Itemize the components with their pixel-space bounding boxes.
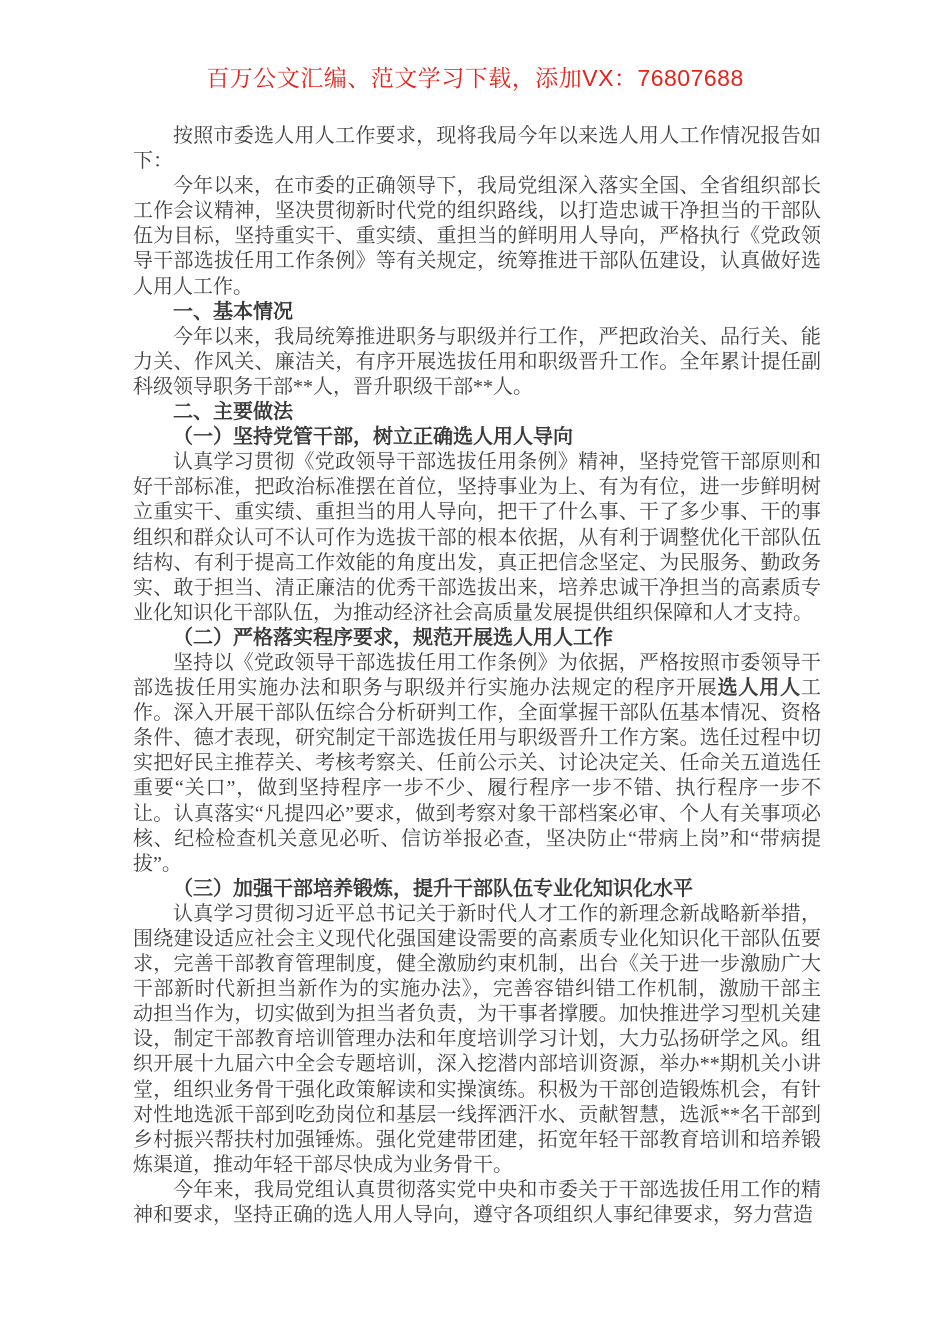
watermark-notice: 百万公文汇编、范文学习下载，添加VX：76807688	[0, 63, 950, 93]
bold-text-run: 选人用人	[718, 677, 802, 699]
text-run: 今年以来，在市委的正确领导下，我局党组深入落实全国、全省组织部长工作会议精神，坚…	[133, 175, 821, 297]
text-run: 二、主要做法	[173, 401, 293, 423]
paragraph: 今年来，我局党组认真贯彻落实党中央和市委关于干部选拔任用工作的精神和要求，坚持正…	[133, 1178, 821, 1228]
paragraph: 按照市委选人用人工作要求，现将我局今年以来选人用人工作情况报告如下：	[133, 124, 821, 174]
section-heading: （三）加强干部培养锻炼，提升干部队伍专业化知识化水平	[133, 877, 821, 902]
paragraph: 今年以来，我局统筹推进职务与职级并行工作，严把政治关、品行关、能力关、作风关、廉…	[133, 325, 821, 400]
paragraph: 今年以来，在市委的正确领导下，我局党组深入落实全国、全省组织部长工作会议精神，坚…	[133, 174, 821, 299]
paragraph: 认真学习贯彻《党政领导干部选拔任用条例》精神，坚持党管干部原则和好干部标准，把政…	[133, 450, 821, 626]
text-run: （三）加强干部培养锻炼，提升干部队伍专业化知识化水平	[173, 878, 693, 900]
section-heading: 二、主要做法	[133, 400, 821, 425]
document-body: 按照市委选人用人工作要求，现将我局今年以来选人用人工作情况报告如下：今年以来，在…	[133, 124, 821, 1228]
document-page: 百万公文汇编、范文学习下载，添加VX：76807688 按照市委选人用人工作要求…	[0, 0, 950, 1344]
text-run: 今年来，我局党组认真贯彻落实党中央和市委关于干部选拔任用工作的精神和要求，坚持正…	[133, 1179, 821, 1226]
text-run: （一）坚持党管干部，树立正确选人用人导向	[173, 426, 573, 448]
section-heading: 一、基本情况	[133, 300, 821, 325]
paragraph: 认真学习贯彻习近平总书记关于新时代人才工作的新理念新战略新举措，围绕建设适应社会…	[133, 902, 821, 1178]
section-heading: （二）严格落实程序要求，规范开展选人用人工作	[133, 626, 821, 651]
text-run: （二）严格落实程序要求，规范开展选人用人工作	[173, 627, 613, 649]
section-heading: （一）坚持党管干部，树立正确选人用人导向	[133, 425, 821, 450]
text-run: 工作。深入开展干部队伍综合分析研判工作，全面掌握干部队伍基本情况、资格条件、德才…	[133, 677, 821, 875]
paragraph: 坚持以《党政领导干部选拔任用工作条例》为依据，严格按照市委领导干部选拔任用实施办…	[133, 651, 821, 877]
text-run: 按照市委选人用人工作要求，现将我局今年以来选人用人工作情况报告如下：	[133, 125, 821, 172]
text-run: 今年以来，我局统筹推进职务与职级并行工作，严把政治关、品行关、能力关、作风关、廉…	[133, 326, 821, 398]
text-run: 认真学习贯彻习近平总书记关于新时代人才工作的新理念新战略新举措，围绕建设适应社会…	[133, 903, 821, 1176]
text-run: 一、基本情况	[173, 301, 293, 323]
text-run: 认真学习贯彻《党政领导干部选拔任用条例》精神，坚持党管干部原则和好干部标准，把政…	[133, 451, 821, 624]
